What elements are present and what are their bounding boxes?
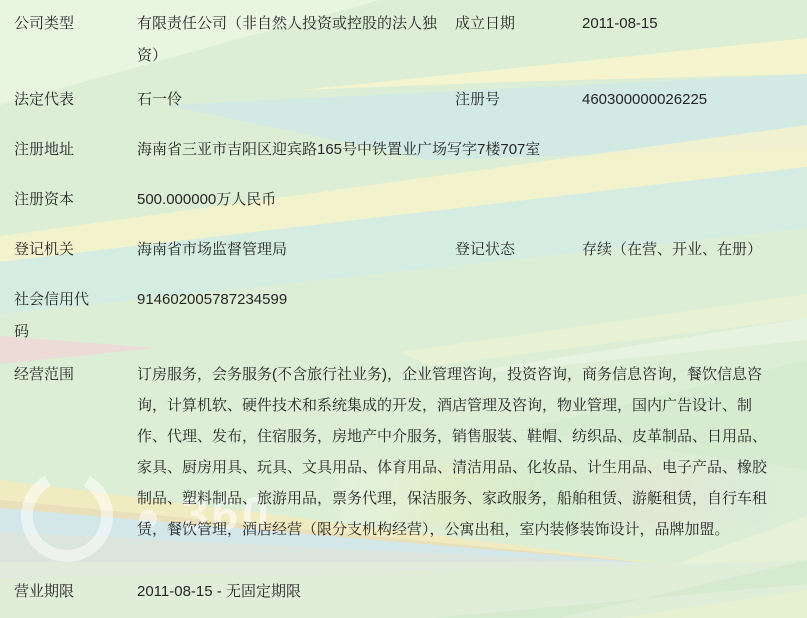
field-label: 注册资本: [14, 184, 137, 216]
field-value: 有限责任公司（非自然人投资或控股的法人独资）: [137, 8, 455, 72]
field-row: 社会信用代码 914602005787234599: [14, 284, 807, 348]
field-row: 公司类型 有限责任公司（非自然人投资或控股的法人独资） 成立日期 2011-08…: [14, 8, 807, 72]
company-fields: 公司类型 有限责任公司（非自然人投资或控股的法人独资） 成立日期 2011-08…: [0, 0, 807, 608]
field-label: 公司类型: [14, 8, 137, 72]
field-value: 石一伶: [137, 84, 455, 116]
field-value: 海南省市场监督管理局: [137, 234, 455, 266]
field-label: 社会信用代码: [14, 284, 137, 348]
field-label: 法定代表: [14, 84, 137, 116]
field-value-2: 2011-08-15: [582, 8, 807, 72]
field-label-2: 注册号: [455, 84, 582, 116]
field-label: 注册地址: [14, 134, 137, 166]
field-value: 914602005787234599: [137, 284, 770, 348]
field-label-2: 成立日期: [455, 8, 582, 72]
business-info-panel: 360 公司类型 有限责任公司（非自然人投资或控股的法人独资） 成立日期 201…: [0, 0, 807, 618]
field-row: 注册资本 500.000000万人民币: [14, 184, 807, 216]
field-row: 注册地址 海南省三亚市吉阳区迎宾路165号中铁置业广场写字7楼707室: [14, 134, 807, 166]
field-value: 500.000000万人民币: [137, 184, 770, 216]
field-row: 经营范围 订房服务，会务服务(不含旅行社业务)，企业管理咨询，投资咨询，商务信息…: [14, 359, 807, 545]
field-label: 经营范围: [14, 359, 137, 545]
field-row: 法定代表 石一伶 注册号 460300000026225: [14, 84, 807, 116]
field-label: 营业期限: [14, 576, 137, 608]
field-label: 登记机关: [14, 234, 137, 266]
field-row: 营业期限 2011-08-15 - 无固定期限: [14, 576, 807, 608]
field-value: 海南省三亚市吉阳区迎宾路165号中铁置业广场写字7楼707室: [137, 134, 770, 166]
field-value-2: 460300000026225: [582, 84, 807, 116]
field-value-2: 存续（在营、开业、在册）: [582, 234, 807, 266]
field-row: 登记机关 海南省市场监督管理局 登记状态 存续（在营、开业、在册）: [14, 234, 807, 266]
field-label-2: 登记状态: [455, 234, 582, 266]
field-value: 2011-08-15 - 无固定期限: [137, 576, 770, 608]
field-value: 订房服务，会务服务(不含旅行社业务)，企业管理咨询，投资咨询，商务信息咨询，餐饮…: [137, 359, 770, 545]
